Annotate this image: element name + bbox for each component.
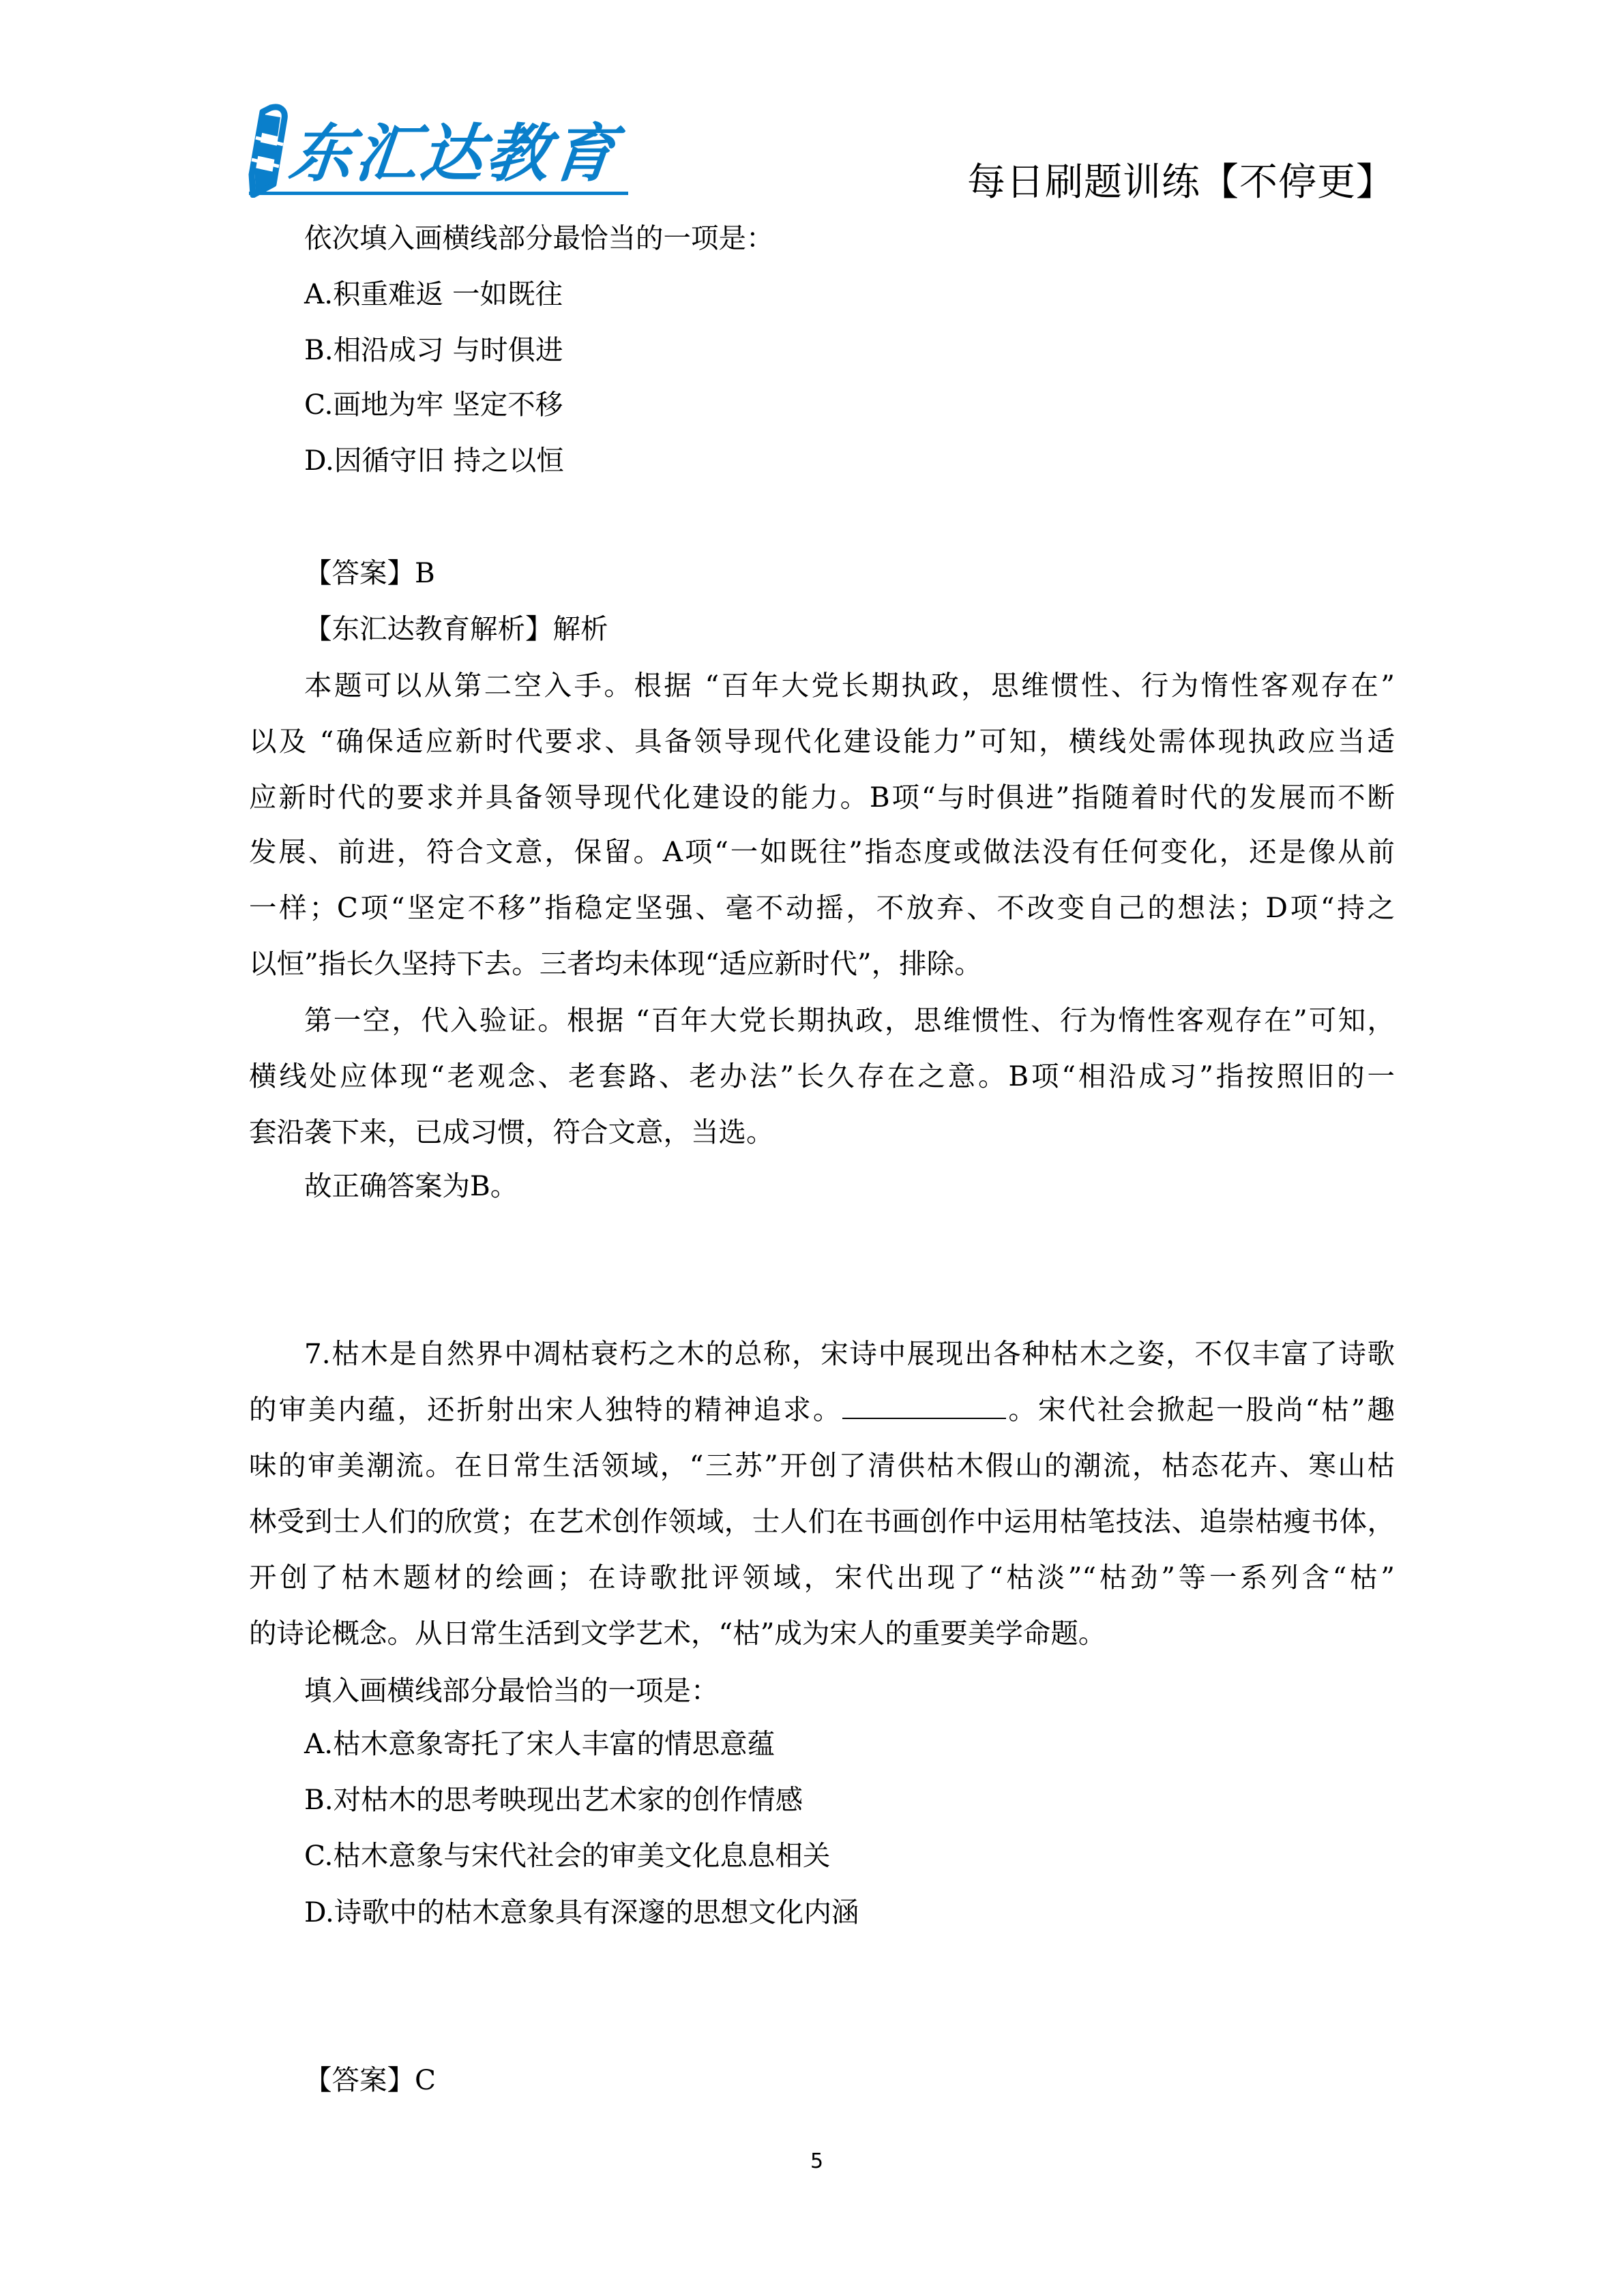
analysis-heading: 【东汇达教育解析】解析 [304,610,1395,647]
page-number: 5 [810,2149,823,2173]
q7-stem-line: 味的审美潮流。在日常生活领域，“三苏”开创了清供枯木假山的潮流，枯态花卉、寒山枯 [249,1447,1395,1484]
fill-in-blank [842,1395,1006,1419]
question-prompt: 依次填入画横线部分最恰当的一项是： [304,220,1395,256]
analysis-line: 发展、前进，符合文意，保留。A项“一如既往”指态度或做法没有任何变化，还是像从前 [249,833,1395,870]
option-b: B.相沿成习 与时俱进 [304,331,1395,368]
q7-stem-line: 的审美内蕴，还折射出宋人独特的精神追求。。宋代社会掀起一股尚“枯”趣 [249,1391,1395,1428]
option-a: A.枯木意象寄托了宋人丰富的情思意蕴 [304,1725,1395,1762]
analysis-line: 应新时代的要求并具备领导现代化建设的能力。B项“与时俱进”指随着时代的发展而不断 [249,779,1395,816]
analysis-line: 以恒”指长久坚持下去。三者均未体现“适应新时代”，排除。 [249,945,1395,982]
answer: 【答案】C [304,2061,1395,2098]
analysis-line: 套沿袭下来，已成习惯，符合文意，当选。 [249,1114,1395,1150]
analysis-line: 本题可以从第二空入手。根据 “百年大党长期执政，思维惯性、行为惰性客观存在” [304,667,1395,704]
analysis-line: 第一空，代入验证。根据 “百年大党长期执政，思维惯性、行为惰性客观存在”可知， [304,1002,1395,1039]
conclusion: 故正确答案为B。 [304,1167,1395,1204]
header-title: 每日刷题训练【不停更】 [967,161,1395,205]
q7-stem-line: 7.枯木是自然界中凋枯衰朽之木的总称，宋诗中展现出各种枯木之姿，不仅丰富了诗歌 [304,1335,1395,1372]
analysis-line: 一样；C项“坚定不移”指稳定坚强、毫不动摇，不放弃、不改变自己的想法；D项“持之 [249,889,1395,926]
option-b: B.对枯木的思考映现出艺术家的创作情感 [304,1781,1395,1818]
option-d: D.因循守旧 持之以恒 [304,442,1395,479]
q7-stem-line: 开创了枯木题材的绘画；在诗歌批评领域，宋代出现了“枯淡”“枯劲”等一系列含“枯” [249,1559,1395,1596]
analysis-line: 以及 “确保适应新时代要求、具备领导现代化建设能力”可知，横线处需体现执政应当适 [249,723,1395,760]
option-a: A.积重难返 一如既往 [304,275,1395,312]
q7-stem-line: 的诗论概念。从日常生活到文学艺术，“枯”成为宋人的重要美学命题。 [249,1615,1395,1652]
option-d: D.诗歌中的枯木意象具有深邃的思想文化内涵 [304,1894,1395,1930]
logo-text: 东汇达教育 [286,123,621,185]
answer: 【答案】B [304,554,1395,591]
q7-stem-text: 的审美内蕴，还折射出宋人独特的精神追求。 [249,1393,842,1426]
q7-stem-line: 林受到士人们的欣赏；在艺术创作领域，士人们在书画创作中运用枯笔技法、追崇枯瘦书体… [249,1503,1395,1540]
logo: 东汇达教育 [243,102,629,198]
option-c: C.枯木意象与宋代社会的审美文化息息相关 [304,1837,1395,1874]
logo-underline [249,192,628,195]
pencil-icon [243,102,291,198]
question-prompt: 填入画横线部分最恰当的一项是： [304,1672,1395,1709]
q7-stem-text: 。宋代社会掀起一股尚“枯”趣 [1006,1393,1395,1426]
option-c: C.画地为牢 坚定不移 [304,386,1395,423]
analysis-line: 横线处应体现“老观念、老套路、老办法”长久存在之意。B项“相沿成习”指按照旧的一 [249,1058,1395,1094]
